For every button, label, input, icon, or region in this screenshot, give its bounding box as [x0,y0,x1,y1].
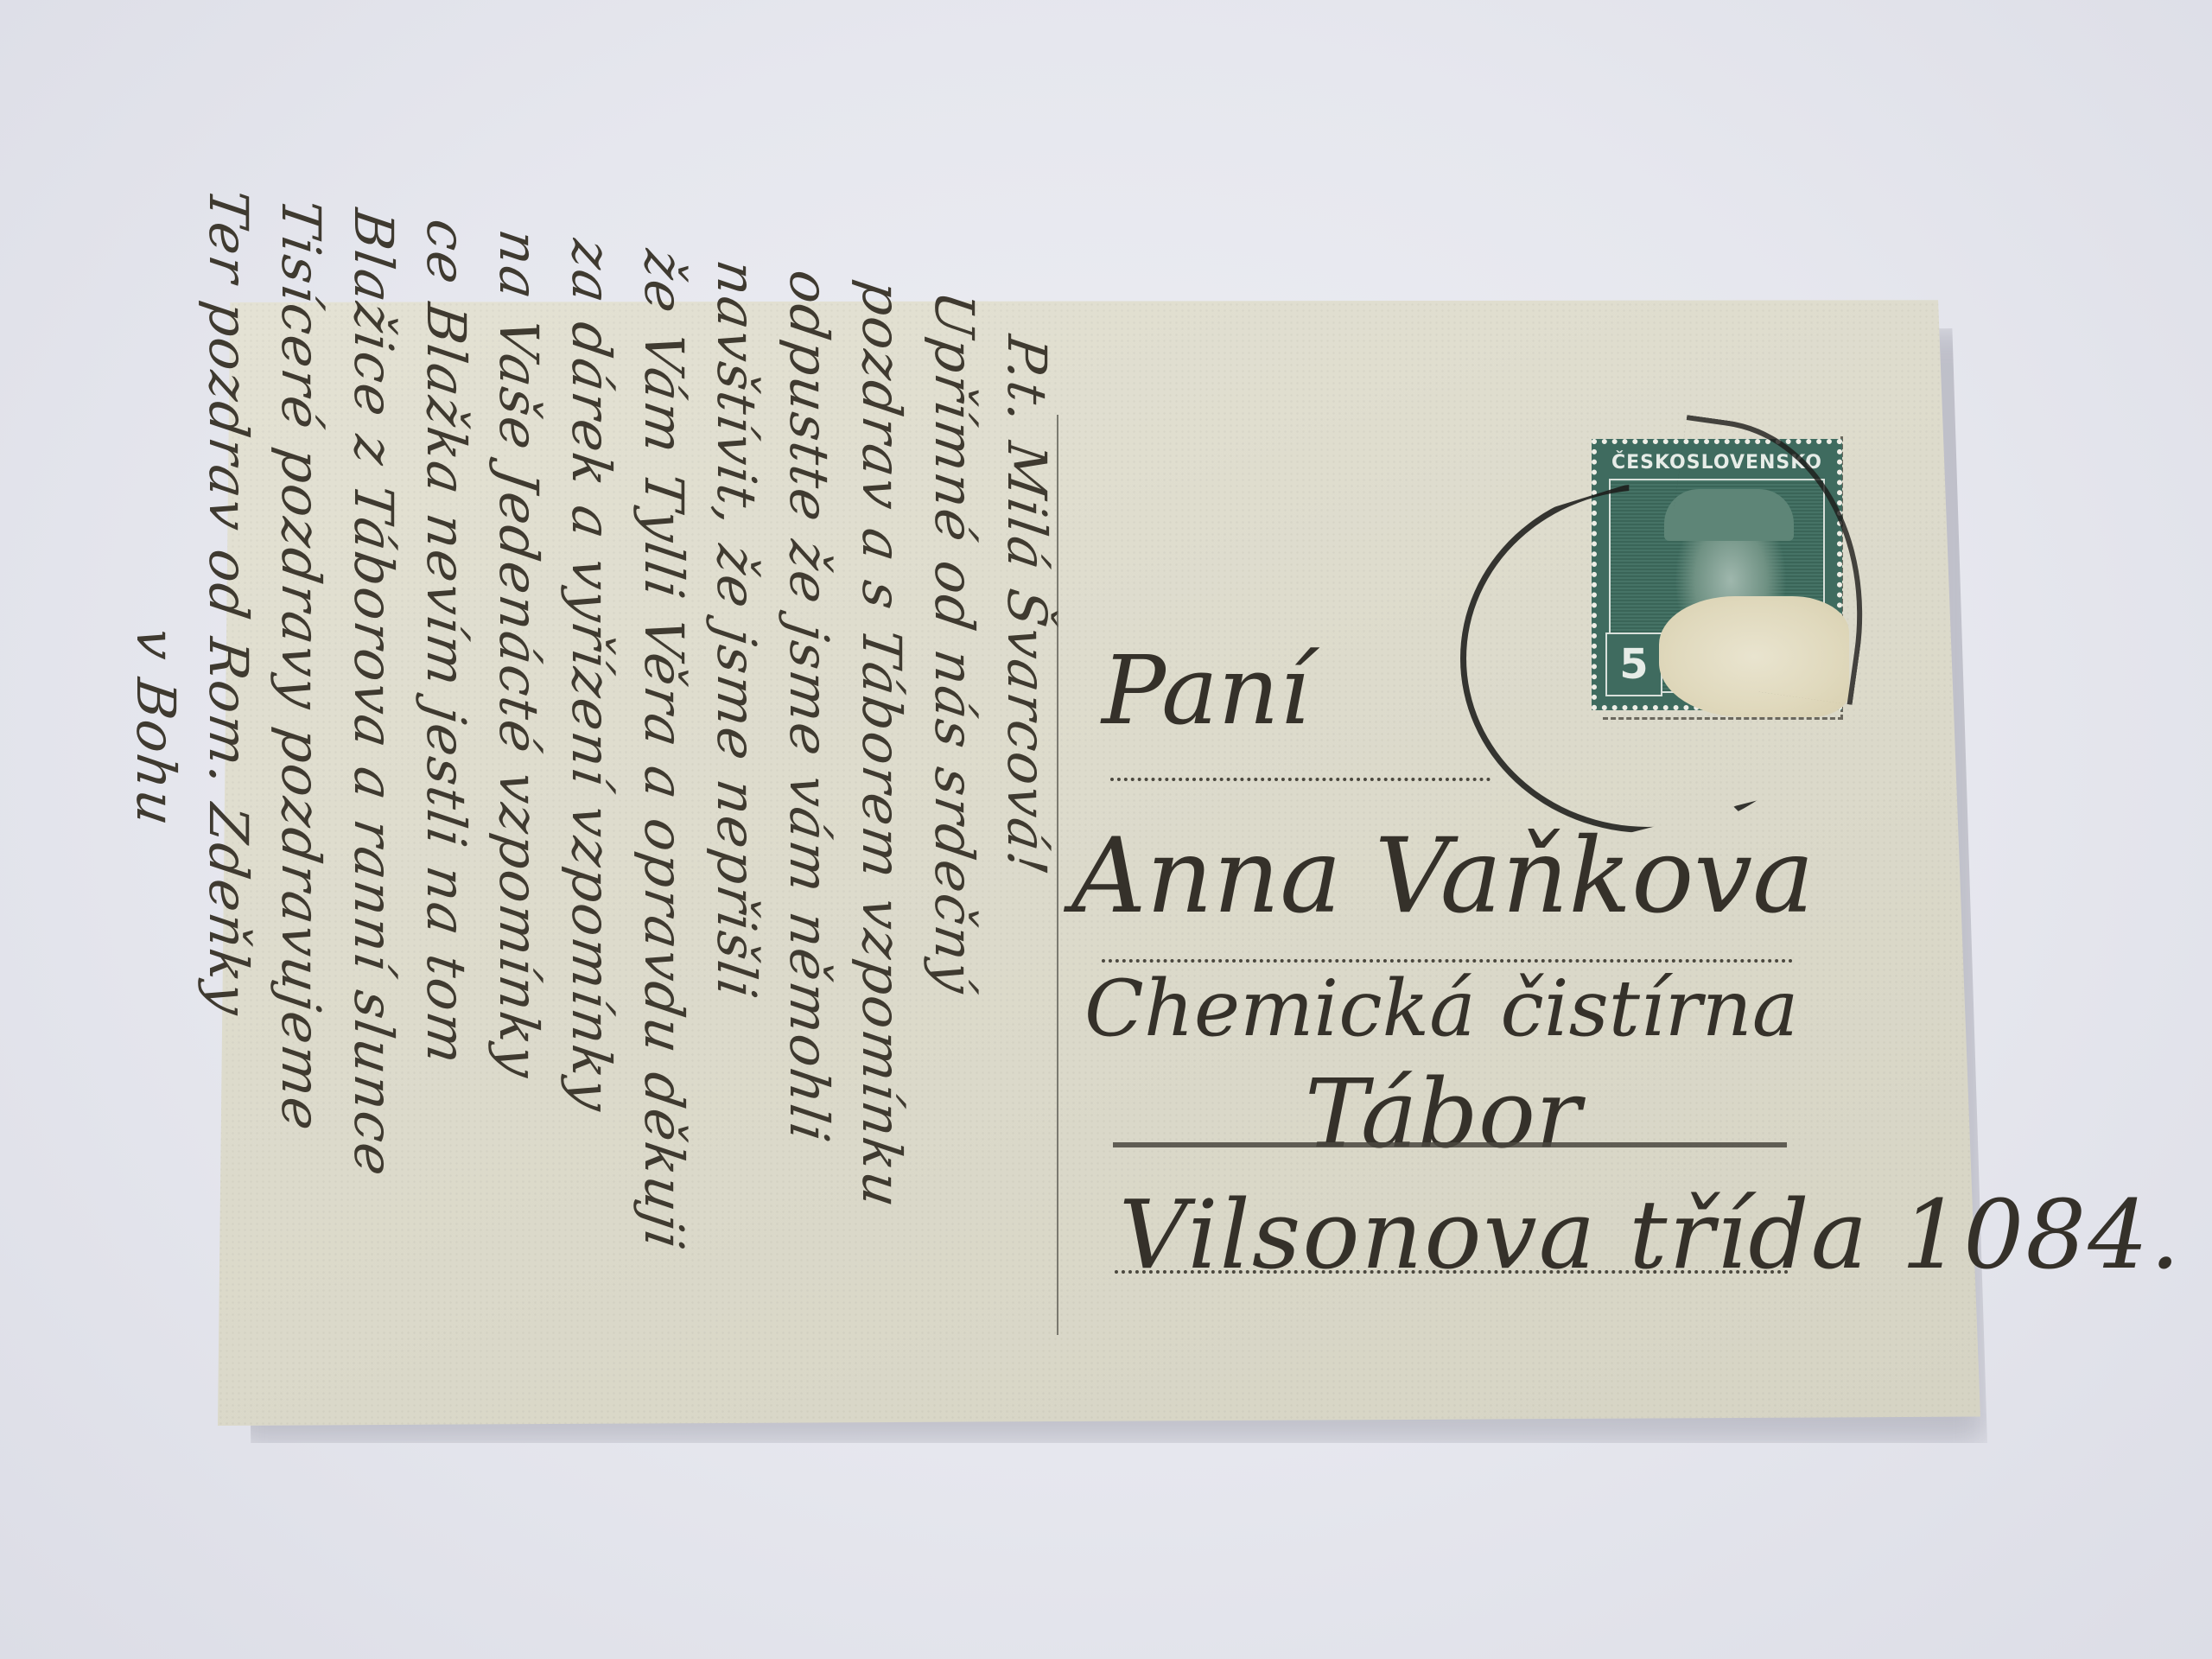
address-salutation: Paní [1102,635,1310,746]
message-line: odpustte že jsme vám němohli [772,266,845,1313]
message-line: Tisíceré pozdravy pozdravujeme [264,194,337,1242]
address-city-underline [1113,1142,1787,1147]
message-line: že Vám Tylli Věra a opravdu děkuji [627,245,700,1293]
message-line: navštívit, že jsme nepřišli [700,256,772,1303]
message-line: za dárek a vyřízení vzpomínky [555,235,627,1282]
card-divider-line [1057,415,1058,1335]
address-line-business: Chemická čistírna [1084,963,1798,1054]
address-dotted-line [1115,1270,1789,1274]
message-line: Ter pozdrav od Rom. Zdeňky [192,184,264,1231]
message-line-greeting: P.t. Milá Švarcová! [990,296,1063,1344]
address-dotted-line [1102,959,1793,963]
handwritten-message: P.t. Milá Švarcová! Upřímné od nás srdeč… [285,198,1063,1344]
message-line: Upřímné od nás srdečný [918,286,990,1333]
address-dotted-line [1110,778,1491,781]
message-line: na Vaše Jedenácté vzpomínky [482,226,555,1273]
address-city: Tábor [1305,1058,1581,1169]
message-line: pozdrav a s Táborem vzpomínku [845,276,918,1324]
message-signature: v Bohu [119,175,192,1222]
message-line: Blažice z Táborova a ranní slunce [337,205,410,1252]
message-line: ce Blažka nevím jestli na tom [410,215,482,1262]
address-name: Anna Vaňkova [1071,817,1815,937]
